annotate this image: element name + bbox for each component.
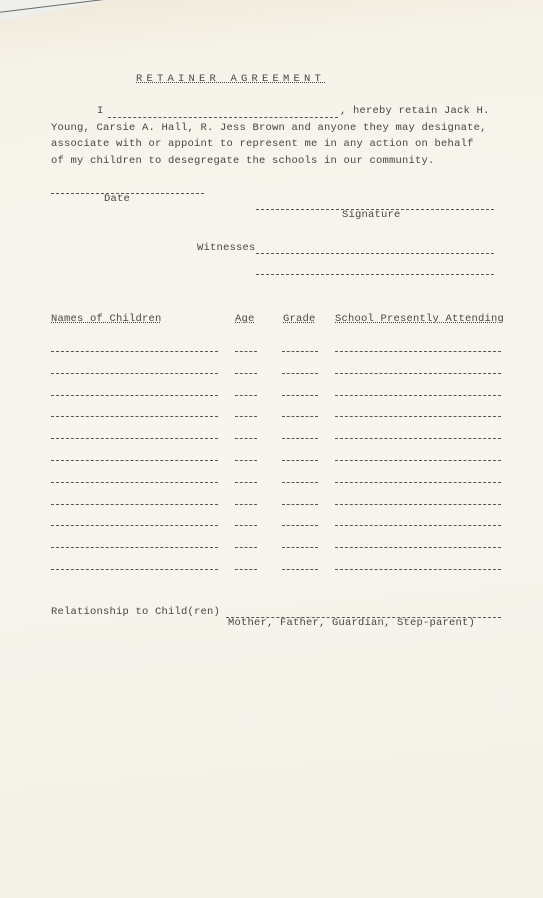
body-line1-suffix: , hereby retain Jack H. xyxy=(340,105,490,117)
row-10-age-field[interactable] xyxy=(235,547,257,548)
body-line2: Young, Carsie A. Hall, R. Jess Brown and… xyxy=(51,122,487,134)
row-3-school-field[interactable] xyxy=(335,395,501,396)
row-6-age-field[interactable] xyxy=(235,460,257,461)
body-line4: of my children to desegregate the school… xyxy=(51,155,435,167)
row-10-school-field[interactable] xyxy=(335,547,501,548)
row-3-age-field[interactable] xyxy=(235,395,257,396)
row-11-school-field[interactable] xyxy=(335,569,501,570)
row-7-grade-field[interactable] xyxy=(282,482,318,483)
row-11-age-field[interactable] xyxy=(235,569,257,570)
folded-corner xyxy=(0,0,110,22)
column-header-grade: Grade xyxy=(283,313,316,325)
row-2-school-field[interactable] xyxy=(335,373,501,374)
row-8-grade-field[interactable] xyxy=(282,504,318,505)
row-9-name-field[interactable] xyxy=(51,525,218,526)
row-9-age-field[interactable] xyxy=(235,525,257,526)
row-6-name-field[interactable] xyxy=(51,460,218,461)
row-5-grade-field[interactable] xyxy=(282,438,318,439)
document-page: RETAINER AGREEMENT I , hereby retain Jac… xyxy=(0,0,543,898)
name-blank-line[interactable] xyxy=(108,117,338,118)
relationship-hint: Mother, Father, Guardian, Step-parent) xyxy=(228,617,475,629)
body-line1-prefix: I xyxy=(97,105,104,117)
row-5-school-field[interactable] xyxy=(335,438,501,439)
row-9-school-field[interactable] xyxy=(335,525,501,526)
row-1-school-field[interactable] xyxy=(335,351,501,352)
signature-label: Signature xyxy=(342,209,401,221)
row-1-grade-field[interactable] xyxy=(282,351,318,352)
row-7-name-field[interactable] xyxy=(51,482,218,483)
row-2-name-field[interactable] xyxy=(51,373,218,374)
row-7-age-field[interactable] xyxy=(235,482,257,483)
row-9-grade-field[interactable] xyxy=(282,525,318,526)
row-2-grade-field[interactable] xyxy=(282,373,318,374)
row-5-age-field[interactable] xyxy=(235,438,257,439)
row-11-grade-field[interactable] xyxy=(282,569,318,570)
row-1-age-field[interactable] xyxy=(235,351,257,352)
witnesses-label: Witnesses xyxy=(197,242,256,254)
row-4-grade-field[interactable] xyxy=(282,416,318,417)
row-3-grade-field[interactable] xyxy=(282,395,318,396)
row-8-age-field[interactable] xyxy=(235,504,257,505)
relationship-label: Relationship to Child(ren) xyxy=(51,606,220,618)
row-8-name-field[interactable] xyxy=(51,504,218,505)
row-8-school-field[interactable] xyxy=(335,504,501,505)
row-2-age-field[interactable] xyxy=(235,373,257,374)
date-label: Date xyxy=(104,193,130,205)
row-4-school-field[interactable] xyxy=(335,416,501,417)
row-3-name-field[interactable] xyxy=(51,395,218,396)
row-11-name-field[interactable] xyxy=(51,569,218,570)
column-header-school: School Presently Attending xyxy=(335,313,504,325)
row-4-name-field[interactable] xyxy=(51,416,218,417)
row-5-name-field[interactable] xyxy=(51,438,218,439)
row-10-name-field[interactable] xyxy=(51,547,218,548)
witness1-blank-line[interactable] xyxy=(256,253,494,254)
column-header-age: Age xyxy=(235,313,255,325)
row-1-name-field[interactable] xyxy=(51,351,218,352)
row-10-grade-field[interactable] xyxy=(282,547,318,548)
row-6-school-field[interactable] xyxy=(335,460,501,461)
row-6-grade-field[interactable] xyxy=(282,460,318,461)
witness2-blank-line[interactable] xyxy=(256,274,494,275)
body-line3: associate with or appoint to represent m… xyxy=(51,138,474,150)
row-7-school-field[interactable] xyxy=(335,482,501,483)
row-4-age-field[interactable] xyxy=(235,416,257,417)
column-header-names: Names of Children xyxy=(51,313,162,325)
document-title: RETAINER AGREEMENT xyxy=(136,73,325,85)
